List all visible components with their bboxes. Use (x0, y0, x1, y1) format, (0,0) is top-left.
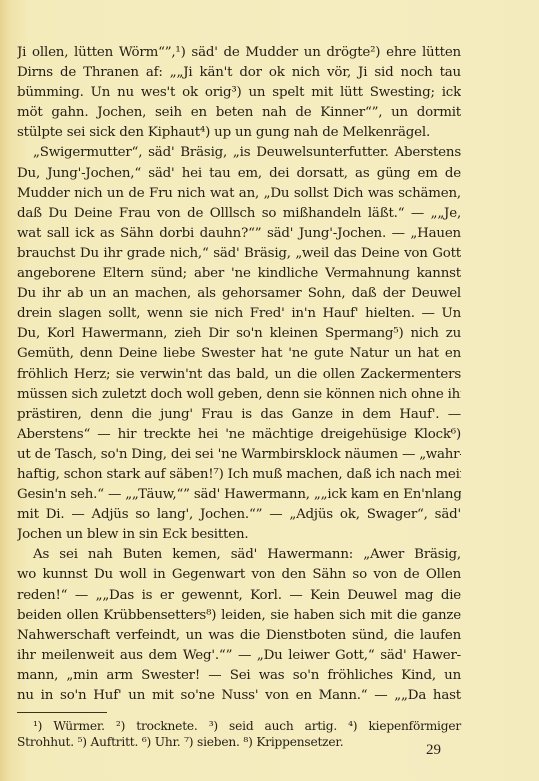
text-line: fröhlich Herz; sie verwin'nt das bald, u… (17, 365, 461, 385)
text-line: angeborene Eltern sünd; aber 'ne kindlic… (17, 264, 461, 284)
book-page: Ji ollen, lütten Wörm“”,¹) säd' de Mudde… (17, 43, 461, 750)
text-line: daß Du Deine Frau von de Olllsch so mißh… (17, 204, 461, 224)
text-line: Jochen un blew in sin Eck besitten. (17, 525, 461, 545)
text-line: brauchst Du ihr grade nich,“ säd' Bräsig… (17, 244, 461, 264)
footnote-line: Strohhut. ⁵) Auftritt. ⁶) Uhr. ⁷) sieben… (17, 734, 461, 750)
page-number: 29 (426, 742, 441, 759)
text-line: Nahwerschaft verfeindt, un was die Diens… (17, 626, 461, 646)
text-line: stülpte sei sick den Kiphaut⁴) up un gun… (17, 123, 461, 143)
text-line: Gemüth, denn Deine liebe Swester hat 'ne… (17, 344, 461, 364)
footnote-line: ¹) Würmer. ²) trocknete. ³) seid auch ar… (17, 718, 461, 734)
text-line: Mudder nich un de Fru nich wat an, „Du s… (17, 184, 461, 204)
text-line: nu in so'n Huf' un mit so'ne Nuss' von e… (17, 686, 461, 706)
text-line: haftig, schon stark auf säben!⁷) Ich muß… (17, 465, 461, 485)
text-line: ut de Tasch, so'n Ding, dei sei 'ne Warm… (17, 445, 461, 465)
text-line: Du, Korl Hawermann, zieh Dir so'n kleine… (17, 324, 461, 344)
text-line: Gesin'n seh.“ — „„Täuw,“” säd' Hawermann… (17, 485, 461, 505)
text-line: wat sall ick as Sähn dorbi dauhn?“” säd'… (17, 224, 461, 244)
body-text: Ji ollen, lütten Wörm“”,¹) säd' de Mudde… (17, 43, 461, 706)
text-line: Ji ollen, lütten Wörm“”,¹) säd' de Mudde… (17, 43, 461, 63)
text-line: Aberstens“ — hir treckte hei 'ne mächtig… (17, 425, 461, 445)
text-line: wo kunnst Du woll in Gegenwart von den S… (17, 565, 461, 585)
text-line: As sei nah Buten kemen, säd' Hawermann: … (17, 545, 461, 565)
footnote-divider (17, 712, 107, 713)
text-line: möt gahn. Jochen, seih en beten nah de K… (17, 103, 461, 123)
text-line: bümming. Un nu wes't ok orig³) un spelt … (17, 83, 461, 103)
text-line: beiden ollen Krübbensetters⁸) leiden, si… (17, 606, 461, 626)
text-line: müssen sich zuletzt doch woll geben, den… (17, 385, 461, 405)
text-line: Dirns de Thranen af: „„Ji kän't dor ok n… (17, 63, 461, 83)
text-line: drein slagen sollt, wenn sie nich Fred' … (17, 304, 461, 324)
footnotes: ¹) Würmer. ²) trocknete. ³) seid auch ar… (17, 718, 461, 750)
text-line: Du ihr ab un an machen, als gehorsamer S… (17, 284, 461, 304)
text-line: „Swigermutter“, säd' Bräsig, „is Deuwels… (17, 143, 461, 163)
text-line: mit Di. — Adjüs so lang', Jochen.“” — „A… (17, 505, 461, 525)
text-line: Du, Jung'-Jochen,“ säd' hei tau em, dei … (17, 164, 461, 184)
text-line: prästiren, denn die jung' Frau is das Ga… (17, 405, 461, 425)
text-line: ihr meilenweit aus dem Weg'.“” — „Du lei… (17, 646, 461, 666)
text-line: reden!“ — „„Das is er gewennt, Korl. — K… (17, 586, 461, 606)
text-line: mann, „min arm Swester! — Sei was so'n f… (17, 666, 461, 686)
